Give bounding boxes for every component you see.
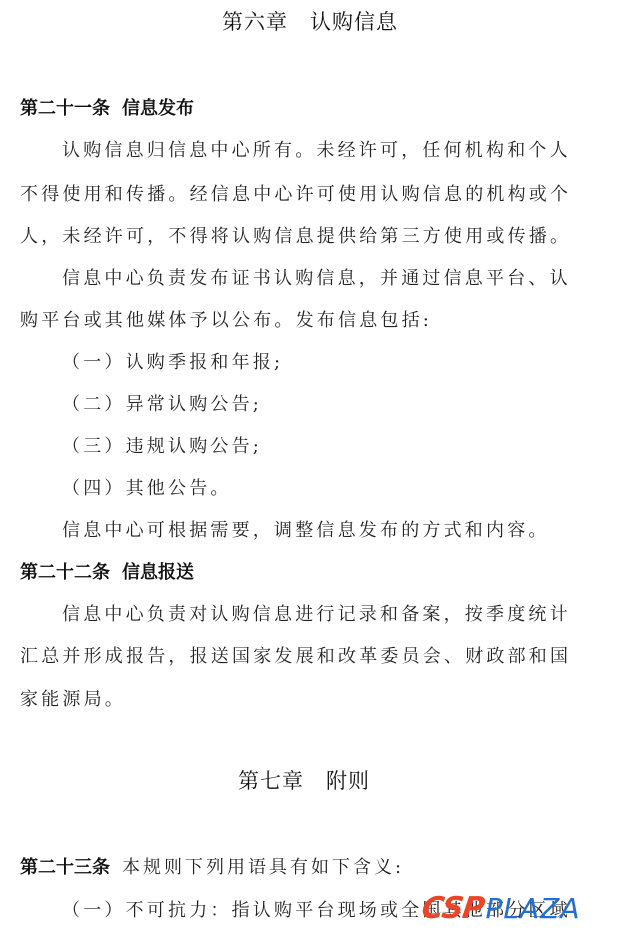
list-item: （二）异常认购公告; (62, 390, 262, 416)
list-item: （四）其他公告。 (62, 474, 232, 500)
chapter-7-number: 第七章 (238, 769, 304, 793)
paragraph-line: 信息中心可根据需要，调整信息发布的方式和内容。 (62, 516, 550, 542)
watermark-csp: CSP (420, 891, 486, 926)
paragraph-line: 汇总并形成报告，报送国家发展和改革委员会、财政部和国 (20, 642, 571, 668)
csp-plaza-watermark: CSP PLAZA (422, 892, 581, 924)
chapter-7-heading: 第七章附则 (0, 765, 614, 795)
article-22-title: 信息报送 (122, 562, 194, 583)
chapter-6-heading: 第六章认购信息 (0, 6, 620, 36)
document-page: 第六章认购信息 第二十一条信息发布 认购信息归信息中心所有。未经许可，任何机构和… (0, 0, 620, 933)
paragraph-line: 信息中心负责发布证书认购信息，并通过信息平台、认 (62, 264, 571, 290)
article-23-text: 本规则下列用语具有如下含义: (122, 857, 404, 878)
paragraph-line: 信息中心负责对认购信息进行记录和备案，按季度统计 (62, 600, 571, 626)
article-22-number: 第二十二条 (20, 562, 110, 583)
paragraph-line: 购平台或其他媒体予以公布。发布信息包括: (20, 306, 432, 332)
watermark-plaza: PLAZA (486, 892, 581, 925)
list-item: （一）认购季报和年报; (62, 348, 283, 374)
list-item: （三）违规认购公告; (62, 432, 262, 458)
chapter-6-title: 认购信息 (310, 10, 398, 34)
chapter-7-title: 附则 (326, 769, 370, 793)
article-21-heading: 第二十一条信息发布 (20, 94, 194, 120)
paragraph-line: 人，未经许可，不得将认购信息提供给第三方使用或传播。 (20, 222, 571, 248)
article-23-heading: 第二十三条本规则下列用语具有如下含义: (20, 853, 404, 879)
article-23-number: 第二十三条 (20, 857, 110, 878)
chapter-6-number: 第六章 (222, 10, 288, 34)
article-22-heading: 第二十二条信息报送 (20, 558, 194, 584)
paragraph-line: 不得使用和传播。经信息中心许可使用认购信息的机构或个 (20, 180, 571, 206)
paragraph-line: 认购信息归信息中心所有。未经许可，任何机构和个人 (62, 136, 571, 162)
paragraph-line: 家能源局。 (20, 685, 126, 711)
article-21-title: 信息发布 (122, 98, 194, 119)
article-21-number: 第二十一条 (20, 98, 110, 119)
